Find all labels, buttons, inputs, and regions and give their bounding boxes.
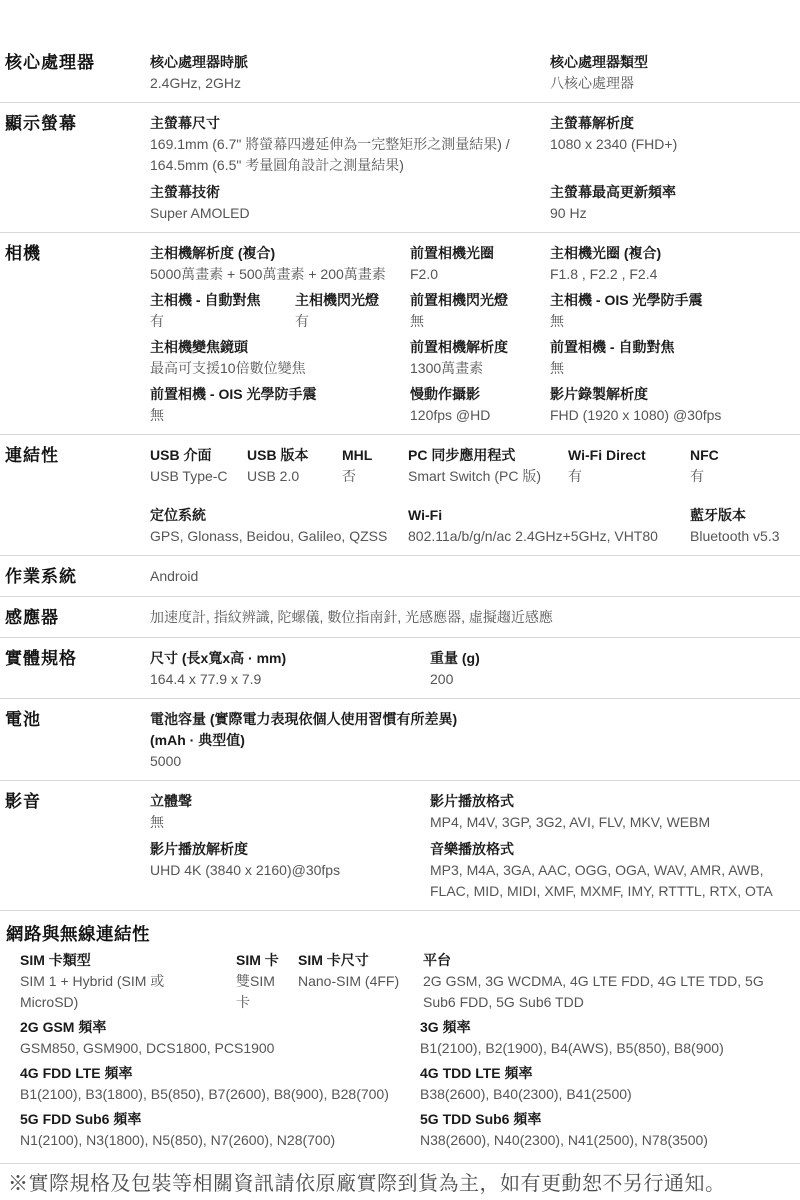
network-section: 網路與無線連結性 SIM 卡類型SIM 1 + Hybrid (SIM 或 Mi…: [0, 911, 800, 1164]
spec-field: 前置相機解析度1300萬畫素: [410, 337, 550, 379]
spec-field: SIM 卡類型SIM 1 + Hybrid (SIM 或 MicroSD): [20, 950, 236, 1013]
spec-field-label: 影片播放格式: [430, 791, 790, 812]
spec-field-value: 最高可支援10倍數位變焦: [150, 358, 400, 379]
spec-field-value: SIM 1 + Hybrid (SIM 或 MicroSD): [20, 971, 226, 1013]
spec-field-value: 90 Hz: [550, 203, 790, 224]
spec-field: 藍牙版本Bluetooth v5.3: [690, 505, 800, 547]
section-title-conn: 連結性: [0, 445, 150, 467]
spec-field: 主相機變焦鏡頭最高可支援10倍數位變焦: [150, 337, 410, 379]
spec-field: 5G FDD Sub6 頻率N1(2100), N3(1800), N5(850…: [20, 1109, 420, 1151]
section-title-os: 作業系統: [0, 566, 150, 588]
spec-field: MHL否: [342, 445, 408, 487]
spec-field: 立體聲無: [150, 791, 430, 833]
spec-field-value: 5000: [150, 751, 790, 772]
spec-field-label: 慢動作攝影: [410, 384, 540, 405]
spec-field-value: USB 2.0: [247, 466, 332, 487]
section-content-av: 立體聲無影片播放格式MP4, M4V, 3GP, 3G2, AVI, FLV, …: [150, 791, 800, 902]
spec-field: 影片錄製解析度FHD (1920 x 1080) @30fps: [550, 384, 800, 426]
spec-field: USB 介面USB Type-C: [150, 445, 247, 487]
spec-field: 主螢幕最高更新頻率90 Hz: [550, 182, 800, 224]
spec-field: USB 版本USB 2.0: [247, 445, 342, 487]
spec-field-value: B1(2100), B3(1800), B5(850), B7(2600), B…: [20, 1084, 410, 1105]
section-content-os: Android: [150, 566, 800, 587]
spec-field: 前置相機閃光燈無: [410, 290, 550, 332]
spec-field-value: USB Type-C: [150, 466, 237, 487]
spec-field-value: 有: [568, 466, 680, 487]
spec-field: 影片播放解析度UHD 4K (3840 x 2160)@30fps: [150, 839, 430, 881]
section-title-battery: 電池: [0, 709, 150, 731]
spec-table: 核心處理器核心處理器時脈2.4GHz, 2GHz核心處理器類型八核心處理器顯示螢…: [0, 42, 800, 911]
spec-field-label: 4G TDD LTE 頻率: [420, 1063, 784, 1084]
spec-field-label: 4G FDD LTE 頻率: [20, 1063, 410, 1084]
spec-field-label: PC 同步應用程式: [408, 445, 558, 466]
spec-field: 主螢幕尺寸169.1mm (6.7" 將螢幕四邊延伸為一完整矩形之測量結果) /…: [150, 113, 550, 176]
spec-field: 4G TDD LTE 頻率B38(2600), B40(2300), B41(2…: [420, 1063, 794, 1105]
section-content-physical: 尺寸 (長x寬x高 · mm)164.4 x 77.9 x 7.9重量 (g)2…: [150, 648, 800, 690]
spec-field-label: 核心處理器時脈: [150, 52, 540, 73]
spec-field-label: 藍牙版本: [690, 505, 790, 526]
spec-field-label: NFC: [690, 445, 790, 466]
spec-field-value: B1(2100), B2(1900), B4(AWS), B5(850), B8…: [420, 1038, 784, 1059]
spec-field: 5G TDD Sub6 頻率N38(2600), N40(2300), N41(…: [420, 1109, 794, 1151]
network-section-title: 網路與無線連結性: [0, 921, 800, 947]
spec-field-value: 802.11a/b/g/n/ac 2.4GHz+5GHz, VHT80: [408, 526, 680, 547]
spec-field-label: 影片錄製解析度: [550, 384, 790, 405]
spec-field-label: 影片播放解析度: [150, 839, 420, 860]
spec-field: 主螢幕解析度1080 x 2340 (FHD+): [550, 113, 800, 155]
spec-field: 主相機光圈 (複合)F1.8 , F2.2 , F2.4: [550, 243, 800, 285]
spec-field-value: 雙SIM卡: [236, 971, 288, 1013]
spec-row: 主相機解析度 (複合)5000萬畫素 + 500萬畫素 + 200萬畫素前置相機…: [150, 243, 800, 285]
spec-field-label: 5G TDD Sub6 頻率: [420, 1109, 784, 1130]
spec-field-label: 尺寸 (長x寬x高 · mm): [150, 648, 420, 669]
spec-field-value: 無: [550, 358, 790, 379]
spec-field-value: 否: [342, 466, 398, 487]
spec-field: SIM 卡尺寸Nano-SIM (4FF): [298, 950, 423, 992]
spec-field-value: F1.8 , F2.2 , F2.4: [550, 264, 790, 285]
spec-field: 主相機閃光燈有: [295, 290, 410, 332]
spec-row: 主螢幕技術Super AMOLED主螢幕最高更新頻率90 Hz: [150, 182, 800, 224]
spec-row: 立體聲無影片播放格式MP4, M4V, 3GP, 3G2, AVI, FLV, …: [150, 791, 800, 833]
spec-field: 尺寸 (長x寬x高 · mm)164.4 x 77.9 x 7.9: [150, 648, 430, 690]
spec-field-value: 2G GSM, 3G WCDMA, 4G LTE FDD, 4G LTE TDD…: [423, 971, 784, 1013]
spec-row: 5G FDD Sub6 頻率N1(2100), N3(1800), N5(850…: [20, 1109, 794, 1151]
spec-field: 定位系統GPS, Glonass, Beidou, Galileo, QZSS: [150, 505, 408, 547]
spec-field-label: 前置相機閃光燈: [410, 290, 540, 311]
spec-field-value: Super AMOLED: [150, 203, 540, 224]
spec-field: Wi-Fi802.11a/b/g/n/ac 2.4GHz+5GHz, VHT80: [408, 505, 690, 547]
spec-field-label: 主螢幕解析度: [550, 113, 790, 134]
spec-field-value: 120fps @HD: [410, 405, 540, 426]
section-content-display: 主螢幕尺寸169.1mm (6.7" 將螢幕四邊延伸為一完整矩形之測量結果) /…: [150, 113, 800, 224]
spec-field-value: 無: [150, 812, 420, 833]
section-sensors: 感應器加速度計, 指紋辨識, 陀螺儀, 數位指南針, 光感應器, 虛擬趨近感應: [0, 597, 800, 638]
spec-field-label: 2G GSM 頻率: [20, 1017, 410, 1038]
spec-field-label: Wi-Fi: [408, 505, 680, 526]
spec-row: USB 介面USB Type-CUSB 版本USB 2.0MHL否PC 同步應用…: [150, 445, 800, 487]
spec-field: PC 同步應用程式Smart Switch (PC 版): [408, 445, 568, 487]
spec-field: 主相機 - 自動對焦有: [150, 290, 295, 332]
spec-field-label: 主相機 - 自動對焦: [150, 290, 285, 311]
spec-field-value: GPS, Glonass, Beidou, Galileo, QZSS: [150, 526, 398, 547]
spec-field-value: 有: [690, 466, 790, 487]
spec-field-label: SIM 卡: [236, 950, 288, 971]
spec-field-value: 1300萬畫素: [410, 358, 540, 379]
section-content-battery: 電池容量 (實際電力表現依個人使用習慣有所差異) (mAh · 典型值)5000: [150, 709, 800, 772]
spec-field: 電池容量 (實際電力表現依個人使用習慣有所差異) (mAh · 典型值)5000: [150, 709, 800, 772]
spec-field-label: 核心處理器類型: [550, 52, 790, 73]
spec-field: 3G 頻率B1(2100), B2(1900), B4(AWS), B5(850…: [420, 1017, 794, 1059]
spec-field-value: FHD (1920 x 1080) @30fps: [550, 405, 790, 426]
spec-field-label: 前置相機光圈: [410, 243, 540, 264]
spec-field-label: 主螢幕技術: [150, 182, 540, 203]
spec-field-value: GSM850, GSM900, DCS1800, PCS1900: [20, 1038, 410, 1059]
spec-field-label: 5G FDD Sub6 頻率: [20, 1109, 410, 1130]
spec-field: 重量 (g)200: [430, 648, 800, 690]
spec-field: 前置相機 - OIS 光學防手震無: [150, 384, 410, 426]
spec-field-value: MP3, M4A, 3GA, AAC, OGG, OGA, WAV, AMR, …: [430, 860, 790, 902]
section-title-camera: 相機: [0, 243, 150, 265]
spec-field: 2G GSM 頻率GSM850, GSM900, DCS1800, PCS190…: [20, 1017, 420, 1059]
spec-field-label: MHL: [342, 445, 398, 466]
section-title-core: 核心處理器: [0, 52, 150, 74]
spec-row: 4G FDD LTE 頻率B1(2100), B3(1800), B5(850)…: [20, 1063, 794, 1105]
spec-field-value: N38(2600), N40(2300), N41(2500), N78(350…: [420, 1130, 784, 1151]
section-os: 作業系統Android: [0, 556, 800, 597]
spec-field-label: 3G 頻率: [420, 1017, 784, 1038]
spec-field-label: 前置相機解析度: [410, 337, 540, 358]
spec-field-value: 5000萬畫素 + 500萬畫素 + 200萬畫素: [150, 264, 400, 285]
spec-field-label: 重量 (g): [430, 648, 790, 669]
section-camera: 相機主相機解析度 (複合)5000萬畫素 + 500萬畫素 + 200萬畫素前置…: [0, 233, 800, 435]
spec-row: 定位系統GPS, Glonass, Beidou, Galileo, QZSSW…: [150, 505, 800, 547]
spec-field-value: UHD 4K (3840 x 2160)@30fps: [150, 860, 420, 881]
spec-row: 電池容量 (實際電力表現依個人使用習慣有所差異) (mAh · 典型值)5000: [150, 709, 800, 772]
spec-field-label: 主螢幕尺寸: [150, 113, 540, 134]
network-rows: SIM 卡類型SIM 1 + Hybrid (SIM 或 MicroSD)SIM…: [0, 950, 800, 1151]
spec-field-value: 有: [295, 311, 400, 332]
spec-field-value: Android: [150, 566, 790, 587]
spec-field: 核心處理器類型八核心處理器: [550, 52, 800, 94]
section-core: 核心處理器核心處理器時脈2.4GHz, 2GHz核心處理器類型八核心處理器: [0, 42, 800, 103]
spec-field: Wi-Fi Direct有: [568, 445, 690, 487]
spec-field-value: Smart Switch (PC 版): [408, 466, 558, 487]
section-av: 影音立體聲無影片播放格式MP4, M4V, 3GP, 3G2, AVI, FLV…: [0, 781, 800, 911]
spec-field-value: 164.4 x 77.9 x 7.9: [150, 669, 420, 690]
spec-field-value: 八核心處理器: [550, 73, 790, 94]
spec-field: SIM 卡雙SIM卡: [236, 950, 298, 1013]
spec-field: 主相機 - OIS 光學防手震無: [550, 290, 800, 332]
footer-disclaimer: ※實際規格及包裝等相關資訊請依原廠實際到貨為主，如有更動恕不另行通知。: [0, 1164, 800, 1198]
spec-field-value: 有: [150, 311, 285, 332]
section-title-physical: 實體規格: [0, 648, 150, 670]
spec-field-label: 主螢幕最高更新頻率: [550, 182, 790, 203]
spec-field-value: MP4, M4V, 3GP, 3G2, AVI, FLV, MKV, WEBM: [430, 812, 790, 833]
spec-field: 慢動作攝影120fps @HD: [410, 384, 550, 426]
spec-field-label: 主相機光圈 (複合): [550, 243, 790, 264]
section-conn: 連結性USB 介面USB Type-CUSB 版本USB 2.0MHL否PC 同…: [0, 435, 800, 556]
spec-field: Android: [150, 566, 800, 587]
section-title-display: 顯示螢幕: [0, 113, 150, 135]
spec-field: 影片播放格式MP4, M4V, 3GP, 3G2, AVI, FLV, MKV,…: [430, 791, 800, 833]
spec-field-label: USB 介面: [150, 445, 237, 466]
spec-field-value: 加速度計, 指紋辨識, 陀螺儀, 數位指南針, 光感應器, 虛擬趨近感應: [150, 607, 790, 628]
spec-field: NFC有: [690, 445, 800, 487]
spec-field-value: Nano-SIM (4FF): [298, 971, 413, 992]
spec-field-value: 200: [430, 669, 790, 690]
spec-row: 核心處理器時脈2.4GHz, 2GHz核心處理器類型八核心處理器: [150, 52, 800, 94]
spec-field-label: USB 版本: [247, 445, 332, 466]
spec-field: 主相機解析度 (複合)5000萬畫素 + 500萬畫素 + 200萬畫素: [150, 243, 410, 285]
spec-field-label: 主相機 - OIS 光學防手震: [550, 290, 790, 311]
spec-sheet-page: 核心處理器核心處理器時脈2.4GHz, 2GHz核心處理器類型八核心處理器顯示螢…: [0, 0, 800, 1200]
spec-row: Android: [150, 566, 800, 587]
spec-row: 加速度計, 指紋辨識, 陀螺儀, 數位指南針, 光感應器, 虛擬趨近感應: [150, 607, 800, 628]
spec-field-label: SIM 卡尺寸: [298, 950, 413, 971]
spec-field-label: 定位系統: [150, 505, 398, 526]
spec-row: 尺寸 (長x寬x高 · mm)164.4 x 77.9 x 7.9重量 (g)2…: [150, 648, 800, 690]
section-content-core: 核心處理器時脈2.4GHz, 2GHz核心處理器類型八核心處理器: [150, 52, 800, 94]
spec-field-value: 無: [550, 311, 790, 332]
spec-field-label: 主相機解析度 (複合): [150, 243, 400, 264]
spec-field-value: N1(2100), N3(1800), N5(850), N7(2600), N…: [20, 1130, 410, 1151]
spec-field: 核心處理器時脈2.4GHz, 2GHz: [150, 52, 550, 94]
spec-field: 音樂播放格式MP3, M4A, 3GA, AAC, OGG, OGA, WAV,…: [430, 839, 800, 902]
spec-row: 前置相機 - OIS 光學防手震無慢動作攝影120fps @HD影片錄製解析度F…: [150, 384, 800, 426]
section-physical: 實體規格尺寸 (長x寬x高 · mm)164.4 x 77.9 x 7.9重量 …: [0, 638, 800, 699]
spec-row: 2G GSM 頻率GSM850, GSM900, DCS1800, PCS190…: [20, 1017, 794, 1059]
spec-field-label: 電池容量 (實際電力表現依個人使用習慣有所差異) (mAh · 典型值): [150, 709, 790, 751]
section-title-sensors: 感應器: [0, 607, 150, 629]
spec-field-label: Wi-Fi Direct: [568, 445, 680, 466]
spec-field: 平台2G GSM, 3G WCDMA, 4G LTE FDD, 4G LTE T…: [423, 950, 794, 1013]
spec-row: 影片播放解析度UHD 4K (3840 x 2160)@30fps音樂播放格式M…: [150, 839, 800, 902]
spec-row: 主相機變焦鏡頭最高可支援10倍數位變焦前置相機解析度1300萬畫素前置相機 - …: [150, 337, 800, 379]
spec-field-value: 169.1mm (6.7" 將螢幕四邊延伸為一完整矩形之測量結果) / 164.…: [150, 134, 540, 176]
spec-field-value: F2.0: [410, 264, 540, 285]
spec-field-value: Bluetooth v5.3: [690, 526, 790, 547]
spec-field-value: B38(2600), B40(2300), B41(2500): [420, 1084, 784, 1105]
spec-field-label: 主相機變焦鏡頭: [150, 337, 400, 358]
spec-field-value: 1080 x 2340 (FHD+): [550, 134, 790, 155]
section-content-sensors: 加速度計, 指紋辨識, 陀螺儀, 數位指南針, 光感應器, 虛擬趨近感應: [150, 607, 800, 628]
spec-row: 主相機 - 自動對焦有主相機閃光燈有前置相機閃光燈無主相機 - OIS 光學防手…: [150, 290, 800, 332]
spec-field: 主螢幕技術Super AMOLED: [150, 182, 550, 224]
spec-field: 加速度計, 指紋辨識, 陀螺儀, 數位指南針, 光感應器, 虛擬趨近感應: [150, 607, 800, 628]
spec-field: 4G FDD LTE 頻率B1(2100), B3(1800), B5(850)…: [20, 1063, 420, 1105]
spec-field-label: 平台: [423, 950, 784, 971]
spec-field-label: 主相機閃光燈: [295, 290, 400, 311]
spec-row: 主螢幕尺寸169.1mm (6.7" 將螢幕四邊延伸為一完整矩形之測量結果) /…: [150, 113, 800, 176]
section-title-av: 影音: [0, 791, 150, 813]
section-content-camera: 主相機解析度 (複合)5000萬畫素 + 500萬畫素 + 200萬畫素前置相機…: [150, 243, 800, 426]
section-battery: 電池電池容量 (實際電力表現依個人使用習慣有所差異) (mAh · 典型值)50…: [0, 699, 800, 781]
spec-field: 前置相機 - 自動對焦無: [550, 337, 800, 379]
section-content-conn: USB 介面USB Type-CUSB 版本USB 2.0MHL否PC 同步應用…: [150, 445, 800, 547]
spec-field: 前置相機光圈F2.0: [410, 243, 550, 285]
spec-field-label: 前置相機 - 自動對焦: [550, 337, 790, 358]
spec-field-value: 無: [150, 405, 400, 426]
spec-field-label: 立體聲: [150, 791, 420, 812]
spec-field-label: 前置相機 - OIS 光學防手震: [150, 384, 400, 405]
spec-field-value: 2.4GHz, 2GHz: [150, 73, 540, 94]
spec-field-value: 無: [410, 311, 540, 332]
section-display: 顯示螢幕主螢幕尺寸169.1mm (6.7" 將螢幕四邊延伸為一完整矩形之測量結…: [0, 103, 800, 233]
spec-field-label: 音樂播放格式: [430, 839, 790, 860]
spec-row: SIM 卡類型SIM 1 + Hybrid (SIM 或 MicroSD)SIM…: [20, 950, 794, 1013]
spec-field-label: SIM 卡類型: [20, 950, 226, 971]
